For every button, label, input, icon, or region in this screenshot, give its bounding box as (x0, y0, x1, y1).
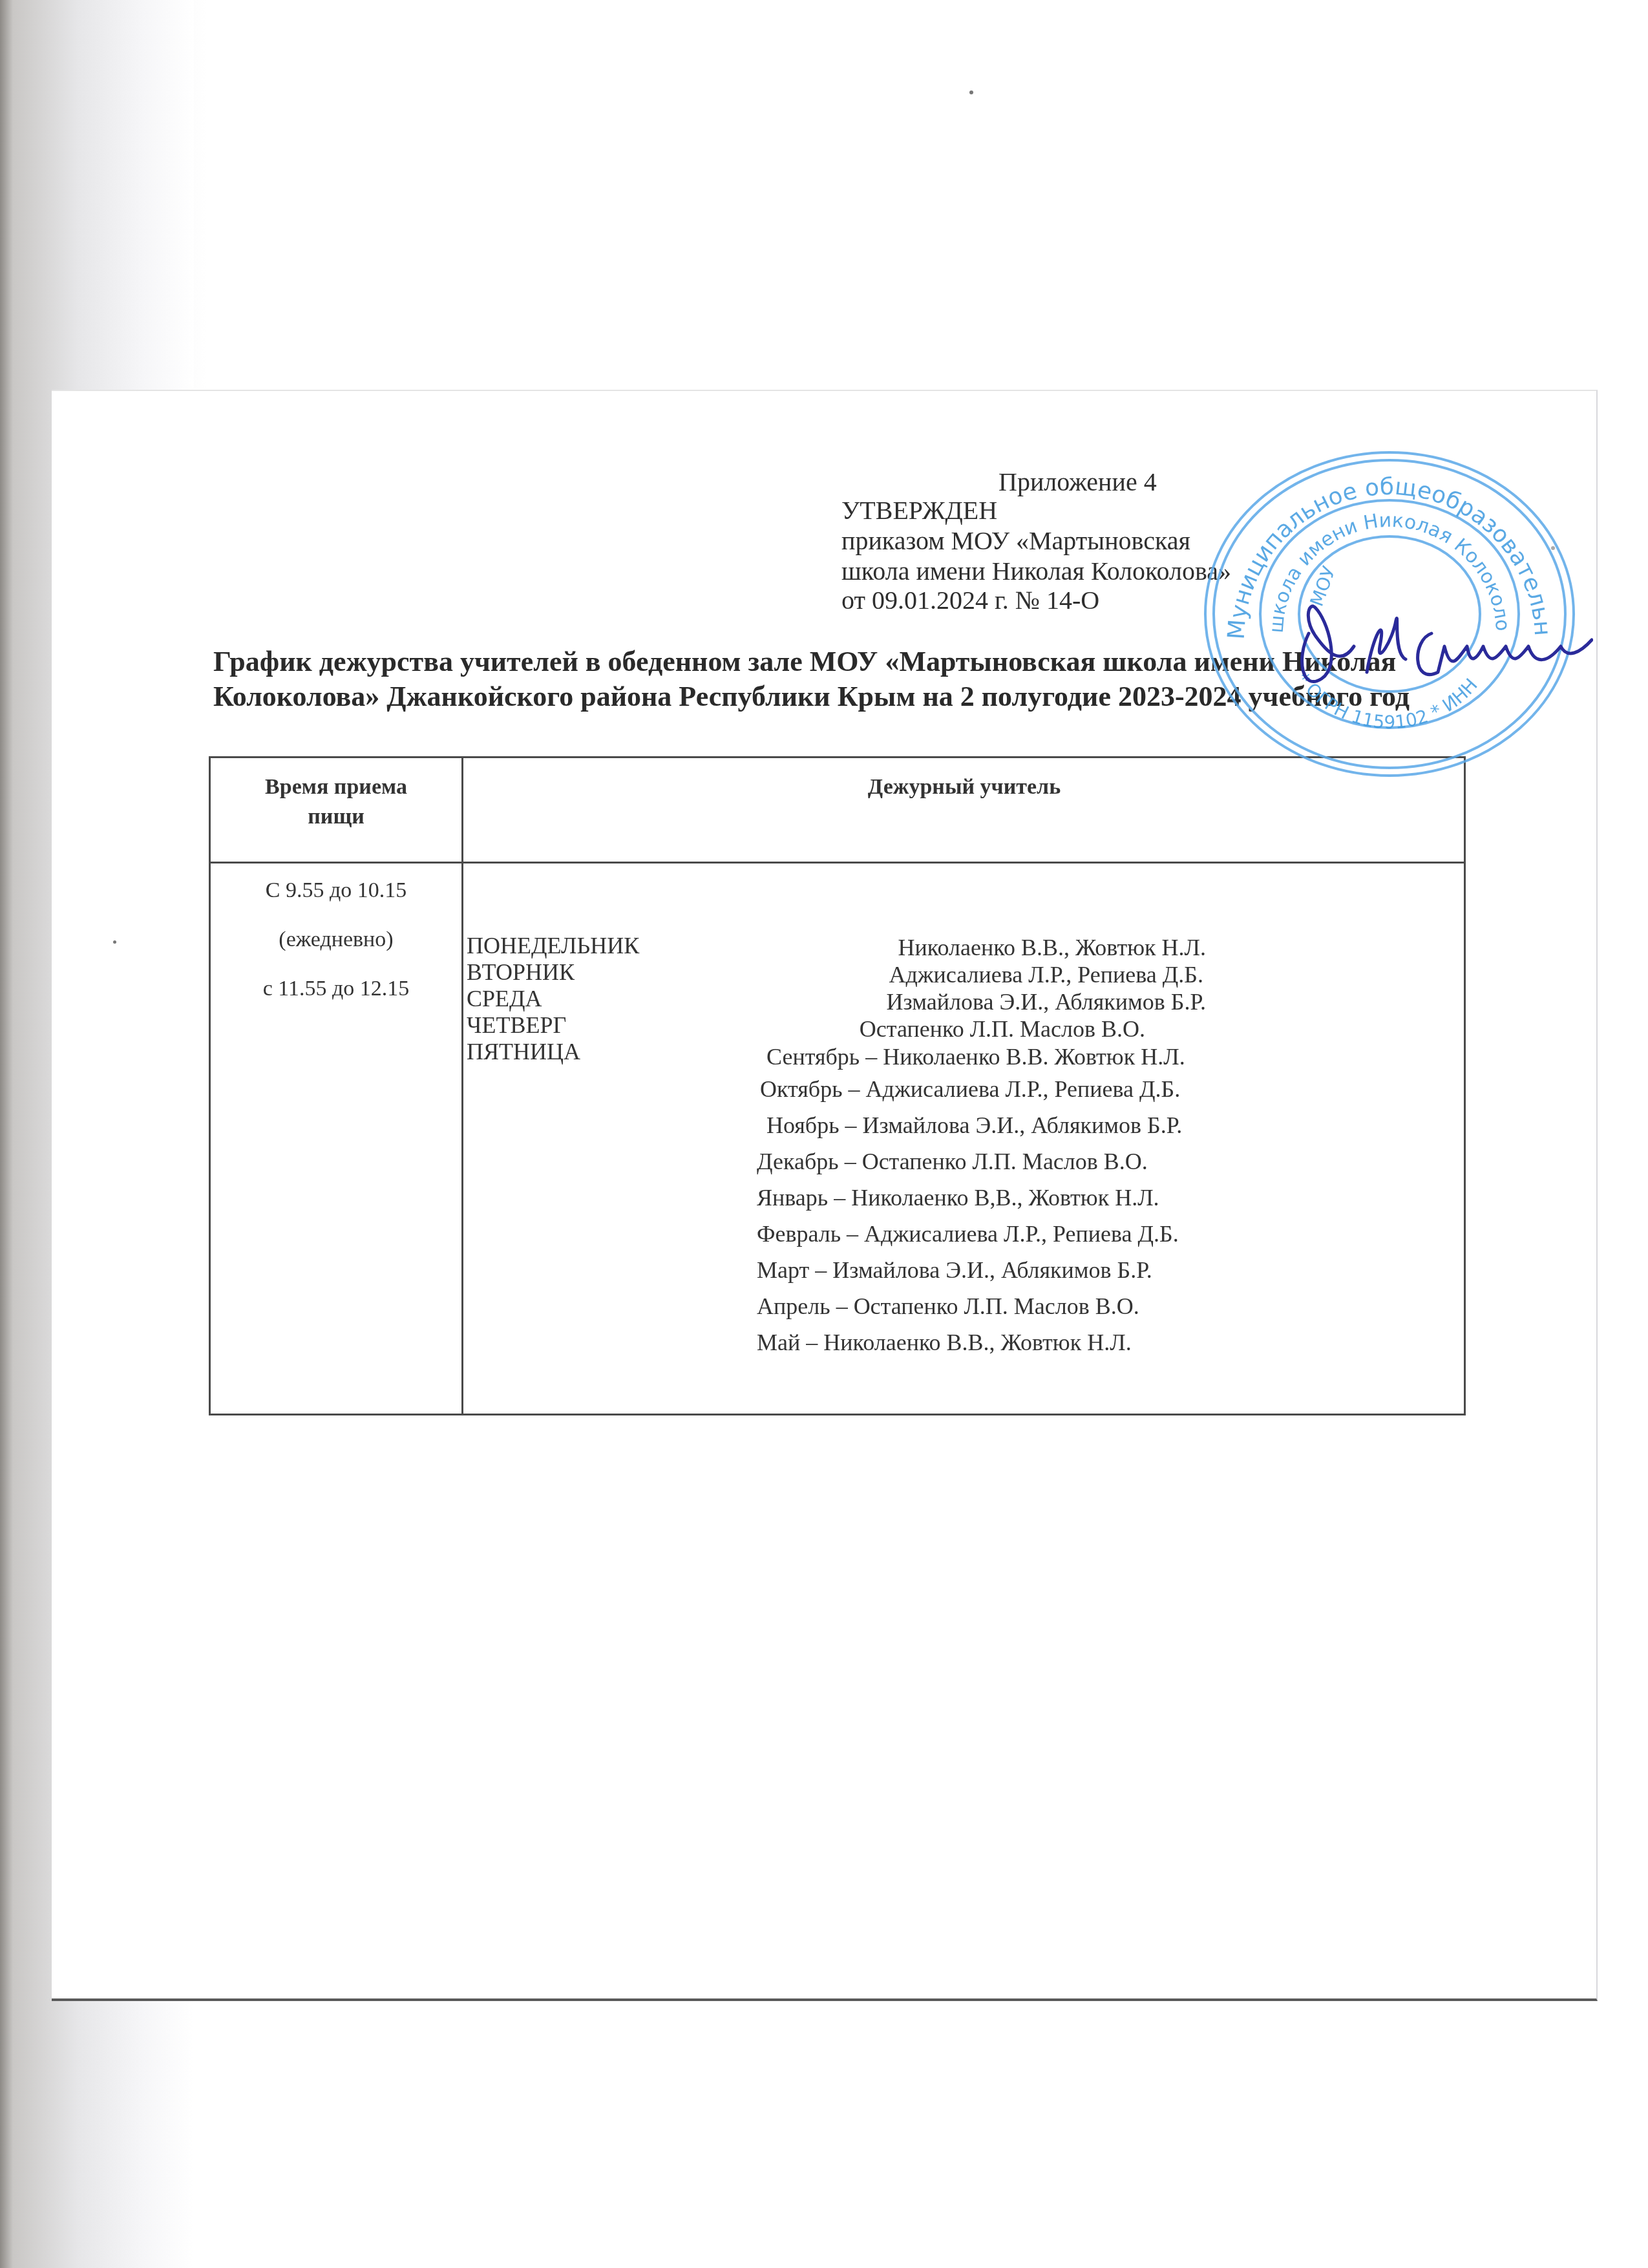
monthly-duty: Сентябрь – Николаенко В.В. Жовтюк Н.Л. (766, 1043, 1206, 1071)
approved-label: УТВЕРЖДЕН (841, 495, 997, 526)
title-line: Колоколова» Джанкойского района Республи… (213, 679, 1622, 714)
scan-speck (1551, 546, 1555, 550)
monthly-duty: Октябрь – Аджисалиева Л.Р., Репиева Д.Б. (760, 1071, 1206, 1107)
document-title: График дежурства учителей в обеденном за… (213, 644, 1622, 714)
monthly-duty-list: Сентябрь – Николаенко В.В. Жовтюк Н.Л. О… (495, 1043, 1206, 1361)
weekday-duty: Николаенко В.В., Жовтюк Н.Л. (495, 934, 1206, 961)
monthly-duty: Январь – Николаенко В,В., Жовтюк Н.Л. (757, 1180, 1206, 1216)
order-line: школа имени Николая Колоколова» (841, 556, 1231, 587)
monthly-duty: Март – Измайлова Э.И., Аблякимов Б.Р. (757, 1252, 1206, 1288)
header-meal-time-text: Время приема пищи (262, 772, 410, 832)
header-divider (211, 862, 1464, 864)
time-slot: С 9.55 до 10.15 (211, 876, 461, 925)
monthly-duty: Май – Николаенко В.В., Жовтюк Н.Л. (757, 1324, 1206, 1361)
duty-schedule-table: Время приема пищи Дежурный учитель С 9.5… (209, 756, 1466, 1415)
meal-time-cell: С 9.55 до 10.15 (ежедневно) с 11.55 до 1… (211, 876, 461, 1023)
header-duty-teacher: Дежурный учитель (463, 772, 1465, 802)
weekday-duty: Остапенко Л.П. Маслов В.О. (495, 1015, 1206, 1043)
column-divider (461, 758, 463, 1414)
scan-speck (113, 940, 116, 944)
duty-teachers-list: Николаенко В.В., Жовтюк Н.Л. Аджисалиева… (495, 934, 1206, 1361)
time-slot: с 11.55 до 12.15 (211, 974, 461, 1023)
monthly-duty: Февраль – Аджисалиева Л.Р., Репиева Д.Б. (757, 1216, 1206, 1252)
monthly-duty: Декабрь – Остапенко Л.П. Маслов В.О. (757, 1143, 1206, 1180)
appendix-label: Приложение 4 (998, 467, 1157, 498)
monthly-duty: Ноябрь – Измайлова Э.И., Аблякимов Б.Р. (766, 1107, 1206, 1143)
order-date-number: от 09.01.2024 г. № 14-О (841, 585, 1099, 616)
monthly-duty: Апрель – Остапенко Л.П. Маслов В.О. (757, 1288, 1206, 1324)
title-line: График дежурства учителей в обеденном за… (213, 644, 1622, 679)
weekday-duty: Измайлова Э.И., Аблякимов Б.Р. (495, 988, 1206, 1015)
order-line: приказом МОУ «Мартыновская (841, 525, 1190, 556)
header-meal-time: Время приема пищи (211, 772, 461, 832)
weekday-duty: Аджисалиева Л.Р., Репиева Д.Б. (495, 961, 1206, 988)
scan-speck (969, 90, 973, 94)
time-slot-note: (ежедневно) (211, 925, 461, 974)
weekday-duty-list: Николаенко В.В., Жовтюк Н.Л. Аджисалиева… (495, 934, 1206, 1043)
scanner-background (0, 0, 1648, 388)
